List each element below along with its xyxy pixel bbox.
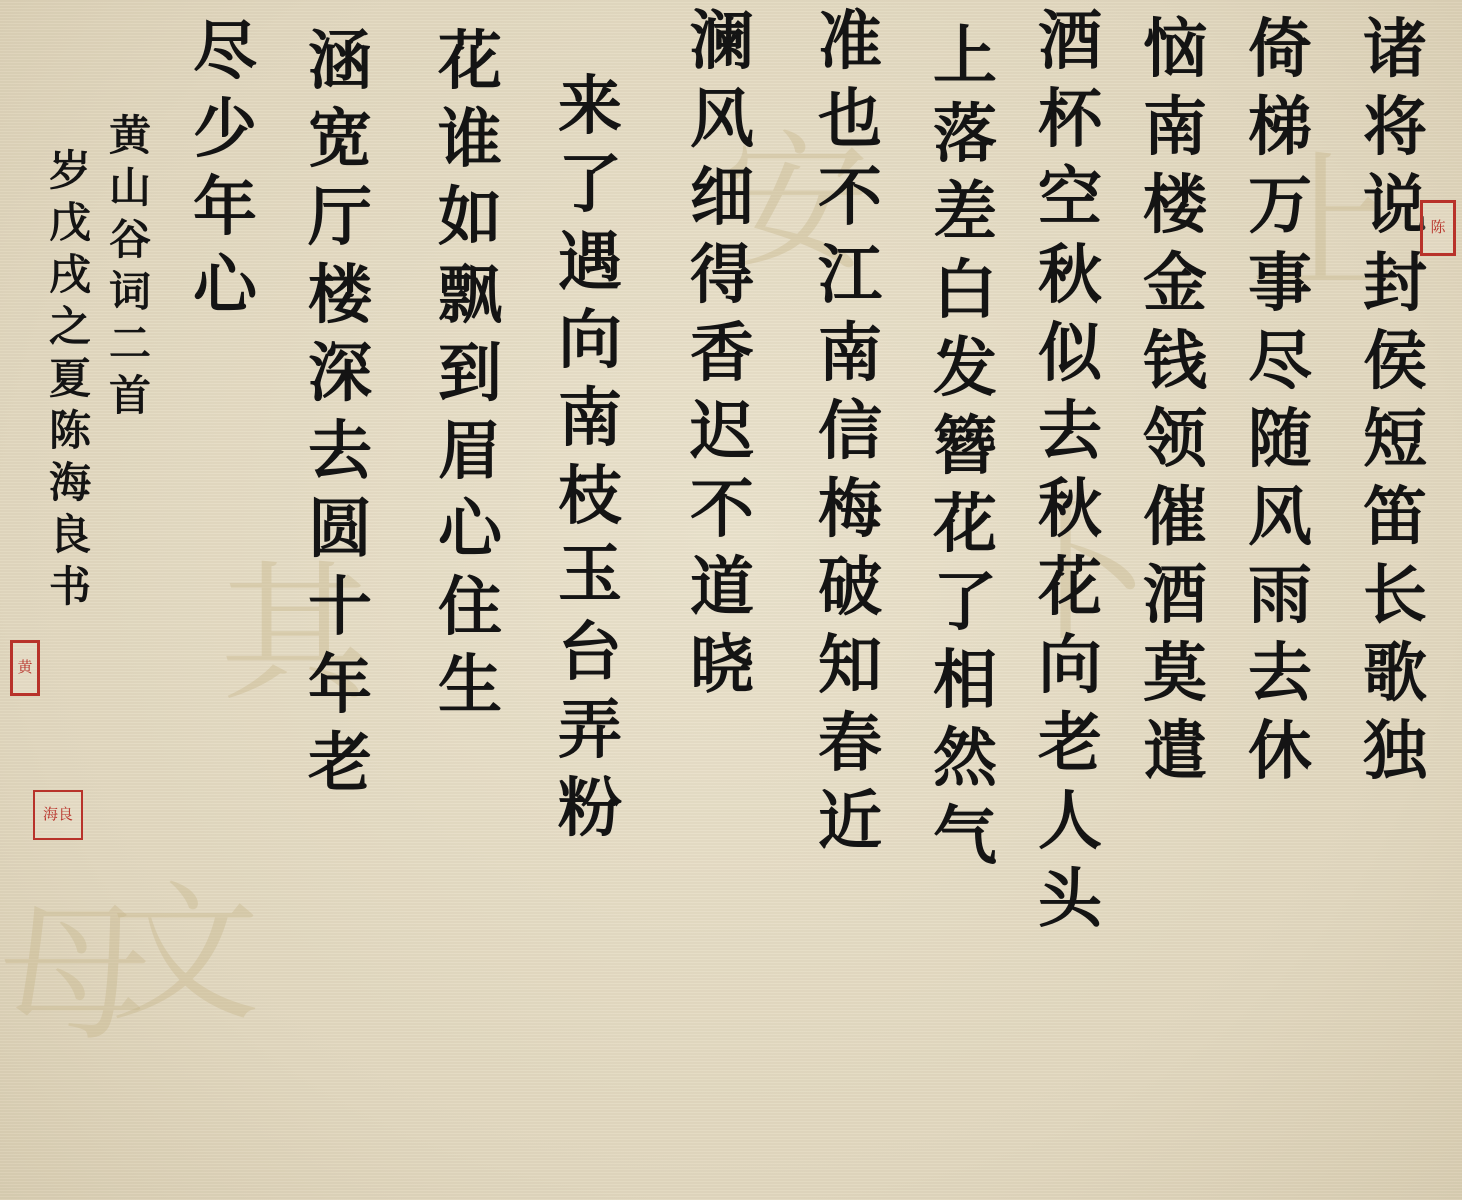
calligraphy-character: 粉 [558, 777, 622, 841]
calligraphy-character: 侯 [1363, 330, 1427, 394]
calligraphy-character: 上 [933, 25, 997, 89]
calligraphy-character: 向 [558, 309, 622, 373]
text-column-5: 上落差白发簪花了相然气 [915, 25, 1015, 869]
calligraphy-character: 晓 [690, 634, 754, 698]
calligraphy-character: 秋 [1038, 478, 1102, 542]
calligraphy-character: 首 [109, 375, 151, 417]
bg-glyph: 母 [0, 900, 150, 1050]
calligraphy-character: 词 [109, 271, 151, 313]
text-column-6: 准也不江南信梅破知春近 [800, 10, 900, 854]
calligraphy-character: 夏 [49, 358, 91, 400]
text-column-11: 尽少年心 [175, 20, 275, 318]
calligraphy-character: 黄 [109, 115, 151, 157]
calligraphy-character: 台 [558, 621, 622, 685]
calligraphy-character: 莫 [1143, 642, 1207, 706]
calligraphy-character: 圆 [308, 498, 372, 562]
calligraphy-character: 到 [438, 342, 502, 406]
calligraphy-artwork: 安 其 卜 文 母 上 诸将说封侯短笛长歌独 倚梯万事尽随风雨去休 恼南楼金钱领… [0, 0, 1462, 1200]
calligraphy-character: 花 [933, 493, 997, 557]
seal-left-middle: 黄 [10, 640, 40, 696]
calligraphy-character: 花 [1038, 556, 1102, 620]
calligraphy-character: 风 [1248, 486, 1312, 550]
seal-top-right: 陈 [1420, 200, 1456, 256]
calligraphy-character: 秋 [1038, 244, 1102, 308]
calligraphy-character: 花 [438, 30, 502, 94]
calligraphy-character: 南 [558, 387, 622, 451]
calligraphy-character: 少 [193, 98, 257, 162]
calligraphy-character: 南 [818, 322, 882, 386]
calligraphy-character: 然 [933, 727, 997, 791]
calligraphy-character: 谷 [109, 219, 151, 261]
calligraphy-character: 长 [1363, 564, 1427, 628]
calligraphy-character: 恼 [1143, 18, 1207, 82]
bg-glyph: 文 [110, 880, 260, 1030]
calligraphy-character: 短 [1363, 408, 1427, 472]
calligraphy-character: 澜 [690, 10, 754, 74]
calligraphy-character: 遇 [558, 231, 622, 295]
calligraphy-character: 春 [818, 712, 882, 776]
calligraphy-character: 山 [109, 167, 151, 209]
calligraphy-character: 之 [49, 306, 91, 348]
calligraphy-character: 枝 [558, 465, 622, 529]
calligraphy-character: 差 [933, 181, 997, 245]
calligraphy-character: 随 [1248, 408, 1312, 472]
calligraphy-character: 发 [933, 337, 997, 401]
calligraphy-character: 近 [818, 790, 882, 854]
calligraphy-character: 诸 [1363, 18, 1427, 82]
calligraphy-character: 去 [308, 420, 372, 484]
calligraphy-character: 戊 [49, 202, 91, 244]
calligraphy-character: 十 [308, 576, 372, 640]
calligraphy-character: 如 [438, 186, 502, 250]
calligraphy-character: 住 [438, 576, 502, 640]
calligraphy-character: 飘 [438, 264, 502, 328]
calligraphy-character: 了 [933, 571, 997, 635]
text-column-2: 倚梯万事尽随风雨去休 [1230, 18, 1330, 784]
calligraphy-character: 说 [1363, 174, 1427, 238]
calligraphy-character: 老 [1038, 712, 1102, 776]
calligraphy-character: 不 [818, 166, 882, 230]
calligraphy-character: 事 [1248, 252, 1312, 316]
text-column-1: 诸将说封侯短笛长歌独 [1345, 18, 1445, 784]
calligraphy-character: 尽 [193, 20, 257, 84]
calligraphy-character: 落 [933, 103, 997, 167]
calligraphy-character: 得 [690, 244, 754, 308]
calligraphy-character: 遣 [1143, 720, 1207, 784]
calligraphy-character: 准 [818, 10, 882, 74]
calligraphy-character: 玉 [558, 543, 622, 607]
calligraphy-character: 簪 [933, 415, 997, 479]
calligraphy-character: 去 [1248, 642, 1312, 706]
calligraphy-character: 酒 [1038, 10, 1102, 74]
calligraphy-character: 知 [818, 634, 882, 698]
text-column-9: 花谁如飘到眉心住生 [420, 30, 520, 718]
calligraphy-character: 将 [1363, 96, 1427, 160]
calligraphy-character: 独 [1363, 720, 1427, 784]
inscription-title: 黄山谷词二首 [100, 115, 160, 417]
calligraphy-character: 梯 [1248, 96, 1312, 160]
calligraphy-character: 人 [1038, 790, 1102, 854]
calligraphy-character: 催 [1143, 486, 1207, 550]
calligraphy-character: 金 [1143, 252, 1207, 316]
calligraphy-character: 头 [1038, 868, 1102, 932]
calligraphy-character: 涵 [308, 30, 372, 94]
calligraphy-character: 酒 [1143, 564, 1207, 628]
text-column-7: 澜风细得香迟不道晓 [672, 10, 772, 698]
calligraphy-character: 良 [49, 514, 91, 556]
calligraphy-character: 老 [308, 732, 372, 796]
seal-left-bottom: 海良 [33, 790, 83, 840]
calligraphy-character: 宽 [308, 108, 372, 172]
calligraphy-character: 破 [818, 556, 882, 620]
calligraphy-character: 江 [818, 244, 882, 308]
calligraphy-character: 似 [1038, 322, 1102, 386]
calligraphy-character: 香 [690, 322, 754, 386]
calligraphy-character: 弄 [558, 699, 622, 763]
calligraphy-character: 二 [109, 323, 151, 365]
calligraphy-character: 深 [308, 342, 372, 406]
calligraphy-character: 年 [193, 176, 257, 240]
text-column-4: 酒杯空秋似去秋花向老人头 [1020, 10, 1120, 932]
calligraphy-character: 楼 [308, 264, 372, 328]
calligraphy-character: 年 [308, 654, 372, 718]
calligraphy-character: 歌 [1363, 642, 1427, 706]
calligraphy-character: 岁 [49, 150, 91, 192]
calligraphy-character: 向 [1038, 634, 1102, 698]
calligraphy-character: 相 [933, 649, 997, 713]
calligraphy-character: 杯 [1038, 88, 1102, 152]
calligraphy-character: 也 [818, 88, 882, 152]
calligraphy-character: 雨 [1248, 564, 1312, 628]
calligraphy-character: 楼 [1143, 174, 1207, 238]
calligraphy-character: 倚 [1248, 18, 1312, 82]
calligraphy-character: 谁 [438, 108, 502, 172]
calligraphy-character: 去 [1038, 400, 1102, 464]
calligraphy-character: 厅 [308, 186, 372, 250]
calligraphy-character: 海 [49, 462, 91, 504]
text-column-8: 来了遇向南枝玉台弄粉 [540, 75, 640, 841]
calligraphy-character: 空 [1038, 166, 1102, 230]
calligraphy-character: 笛 [1363, 486, 1427, 550]
calligraphy-character: 迟 [690, 400, 754, 464]
calligraphy-character: 封 [1363, 252, 1427, 316]
calligraphy-character: 信 [818, 400, 882, 464]
calligraphy-character: 领 [1143, 408, 1207, 472]
calligraphy-character: 心 [193, 254, 257, 318]
calligraphy-character: 白 [933, 259, 997, 323]
calligraphy-character: 来 [558, 75, 622, 139]
calligraphy-character: 梅 [818, 478, 882, 542]
inscription-signature: 岁戊戌之夏陈海良书 [40, 150, 100, 608]
calligraphy-character: 南 [1143, 96, 1207, 160]
calligraphy-character: 气 [933, 805, 997, 869]
calligraphy-character: 了 [558, 153, 622, 217]
calligraphy-character: 万 [1248, 174, 1312, 238]
calligraphy-character: 风 [690, 88, 754, 152]
calligraphy-character: 钱 [1143, 330, 1207, 394]
calligraphy-character: 戌 [49, 254, 91, 296]
calligraphy-character: 陈 [49, 410, 91, 452]
calligraphy-character: 生 [438, 654, 502, 718]
calligraphy-character: 休 [1248, 720, 1312, 784]
calligraphy-character: 细 [690, 166, 754, 230]
calligraphy-character: 书 [49, 566, 91, 608]
text-column-3: 恼南楼金钱领催酒莫遣 [1125, 18, 1225, 784]
calligraphy-character: 道 [690, 556, 754, 620]
calligraphy-character: 不 [690, 478, 754, 542]
calligraphy-character: 心 [438, 498, 502, 562]
text-column-10: 涵宽厅楼深去圆十年老 [290, 30, 390, 796]
calligraphy-character: 尽 [1248, 330, 1312, 394]
calligraphy-character: 眉 [438, 420, 502, 484]
